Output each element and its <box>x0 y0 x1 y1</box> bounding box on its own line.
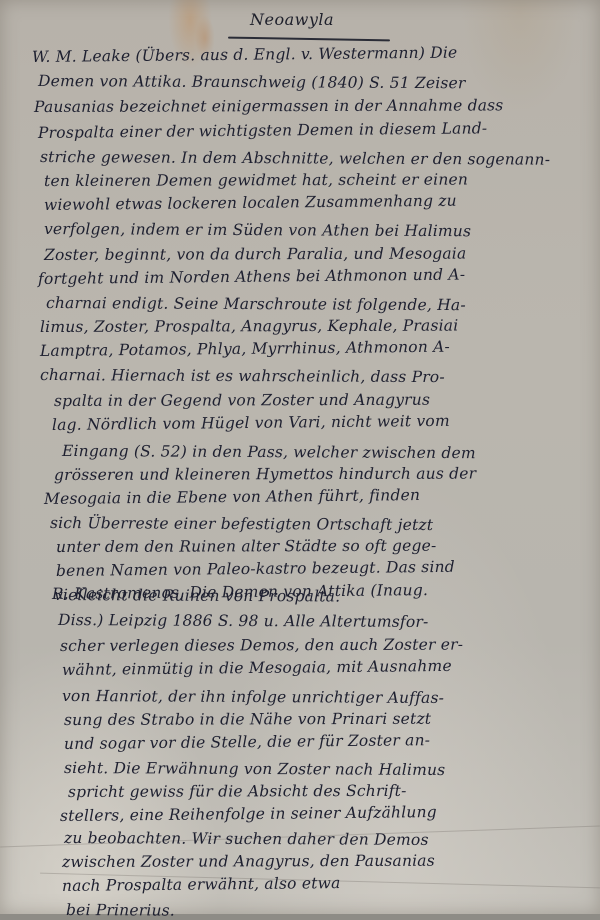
handwritten-line: scher verlegen dieses Demos, den auch Zo… <box>60 636 463 655</box>
handwritten-line: bei Prinerius. <box>66 901 175 914</box>
title-underline <box>228 37 390 42</box>
handwritten-line: zwischen Zoster und Anagyrus, den Pausan… <box>62 852 435 871</box>
handwritten-line: charnai endigt. Seine Marschroute ist fo… <box>46 294 466 314</box>
handwritten-line: ten kleineren Demen gewidmet hat, schein… <box>44 171 468 190</box>
handwritten-line: benen Namen von Paleo-kastro bezeugt. Da… <box>56 558 455 580</box>
handwritten-line: charnai. Hiernach ist es wahrscheinlich,… <box>40 366 445 386</box>
page-title: Neoawyla <box>250 10 334 29</box>
handwritten-line: sung des Strabo in die Nähe von Prinari … <box>64 710 431 729</box>
handwritten-line: zu beobachten. Wir suchen daher den Demo… <box>64 829 429 849</box>
handwritten-line: Eingang (S. 52) in den Pass, welcher zwi… <box>62 442 476 462</box>
handwritten-line: Demen von Attika. Braunschweig (1840) S.… <box>38 72 466 92</box>
handwritten-line: von Hanriot, der ihn infolge unrichtiger… <box>62 687 444 707</box>
handwritten-line: Zoster, beginnt, von da durch Paralia, u… <box>44 245 466 264</box>
handwritten-line: und sogar vor die Stelle, die er für Zos… <box>64 731 430 753</box>
handwritten-line: nach Prospalta erwähnt, also etwa <box>62 874 341 895</box>
handwritten-line: W. M. Leake (Übers. aus d. Engl. v. West… <box>32 44 458 66</box>
handwritten-line: verfolgen, indem er im Süden von Athen b… <box>44 220 471 240</box>
handwritten-line: Lamptra, Potamos, Phlya, Myrrhinus, Athm… <box>40 338 450 360</box>
handwritten-line: stellers, eine Reihenfolge in seiner Auf… <box>60 803 437 825</box>
handwritten-line: fortgeht und im Norden Athens bei Athmon… <box>38 266 465 288</box>
handwritten-line: unter dem den Ruinen alter Städte so oft… <box>56 537 437 556</box>
handwritten-line: spricht gewiss für die Absicht des Schri… <box>68 782 407 801</box>
handwritten-line: sieht. Die Erwähnung von Zoster nach Hal… <box>64 759 445 779</box>
handwritten-line: Prospalta einer der wichtigsten Demen in… <box>38 119 487 142</box>
handwritten-line: wähnt, einmütig in die Mesogaia, mit Aus… <box>62 657 452 679</box>
handwritten-line: Diss.) Leipzig 1886 S. 98 u. Alle Altert… <box>58 611 429 631</box>
handwritten-line: sich Überreste einer befestigten Ortscha… <box>50 514 433 534</box>
manuscript-page: Neoawyla W. M. Leake (Übers. aus d. Engl… <box>0 0 600 914</box>
handwritten-line: wiewohl etwas lockeren localen Zusammenh… <box>44 192 457 214</box>
handwritten-line: Pausanias bezeichnet einigermassen in de… <box>34 96 503 116</box>
handwritten-line: lag. Nördlich vom Hügel von Vari, nicht … <box>52 412 450 434</box>
handwritten-line: grösseren und kleineren Hymettos hindurc… <box>54 465 476 484</box>
handwritten-line: striche gewesen. In dem Abschnitte, welc… <box>40 148 550 169</box>
handwritten-line: Mesogaia in die Ebene von Athen führt, f… <box>44 486 420 508</box>
handwritten-line: R. Kastromenos, Die Demen von Attika (In… <box>52 581 428 603</box>
handwritten-line: spalta in der Gegend von Zoster und Anag… <box>54 391 430 410</box>
handwritten-line: limus, Zoster, Prospalta, Anagyrus, Keph… <box>40 317 458 336</box>
